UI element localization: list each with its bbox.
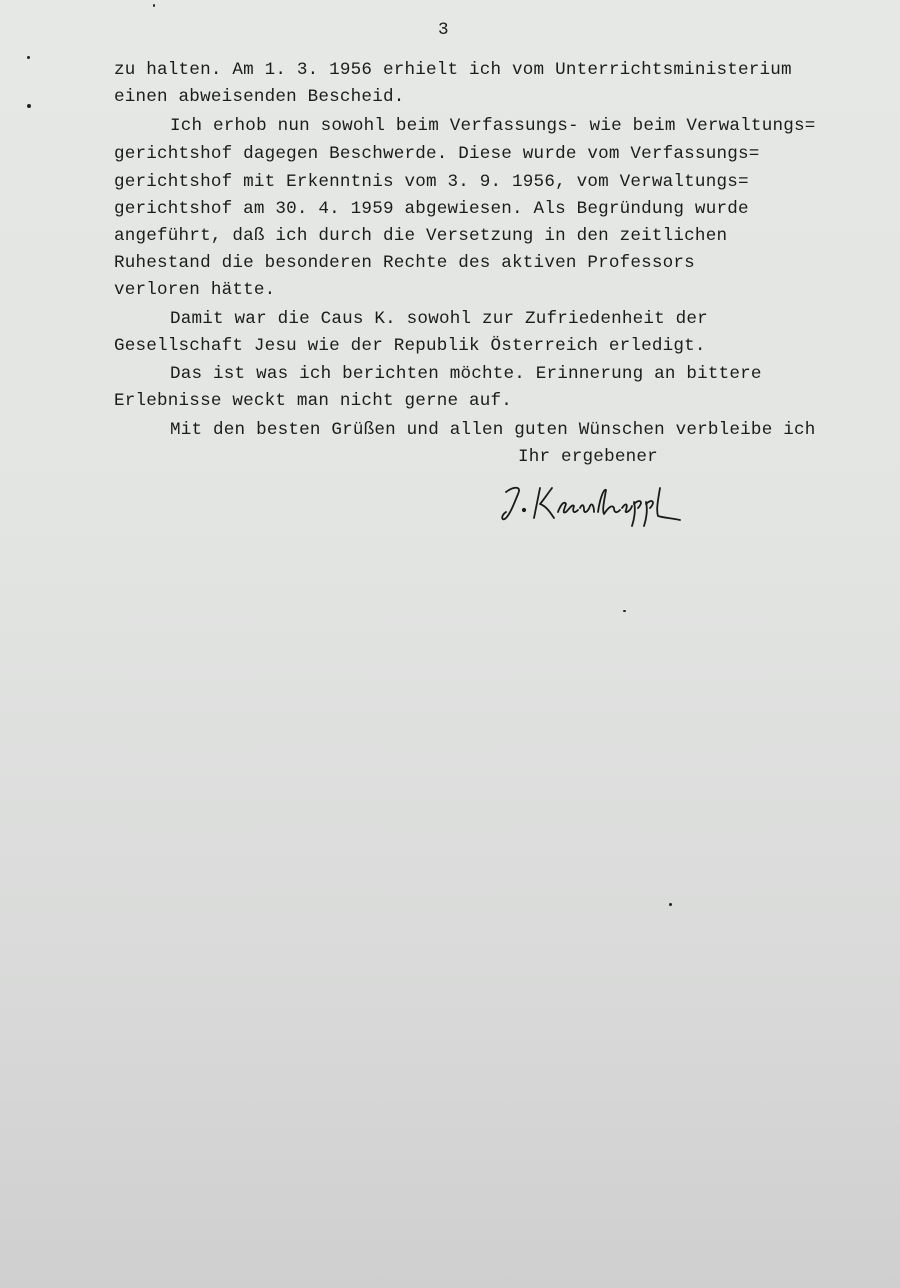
handwritten-signature: J. Kleinhappl bbox=[500, 478, 730, 528]
faint-bottom-mark bbox=[140, 1258, 290, 1268]
document-page: 3 zu halten. Am 1. 3. 1956 erhielt ich v… bbox=[0, 0, 900, 1288]
closing-line: Mit den besten Grüßen und allen guten Wü… bbox=[170, 422, 815, 440]
text-line: verloren hätte. bbox=[114, 282, 275, 300]
text-line: zu halten. Am 1. 3. 1956 erhielt ich vom… bbox=[114, 62, 792, 80]
ink-speck bbox=[669, 903, 672, 906]
paragraph-start: Ich erhob nun sowohl beim Verfassungs- w… bbox=[170, 118, 815, 136]
paragraph-start: Das ist was ich berichten möchte. Erinne… bbox=[170, 366, 762, 384]
ink-speck bbox=[623, 610, 626, 612]
text-line: Erlebnisse weckt man nicht gerne auf. bbox=[114, 393, 512, 411]
text-line: gerichtshof dagegen Beschwerde. Diese wu… bbox=[114, 146, 759, 164]
ink-speck bbox=[27, 56, 30, 59]
text-line: Ruhestand die besonderen Rechte des akti… bbox=[114, 255, 695, 273]
valediction: Ihr ergebener bbox=[518, 449, 658, 467]
text-line: gerichtshof mit Erkenntnis vom 3. 9. 195… bbox=[114, 174, 749, 192]
page-number: 3 bbox=[438, 22, 449, 40]
text-line: Gesellschaft Jesu wie der Republik Öster… bbox=[114, 338, 706, 356]
ink-speck bbox=[153, 4, 155, 7]
text-line: einen abweisenden Bescheid. bbox=[114, 89, 404, 107]
ink-speck bbox=[27, 104, 31, 108]
text-line: angeführt, daß ich durch die Versetzung … bbox=[114, 228, 727, 246]
text-line: gerichtshof am 30. 4. 1959 abgewiesen. A… bbox=[114, 201, 749, 219]
paragraph-start: Damit war die Caus K. sowohl zur Zufried… bbox=[170, 311, 708, 329]
